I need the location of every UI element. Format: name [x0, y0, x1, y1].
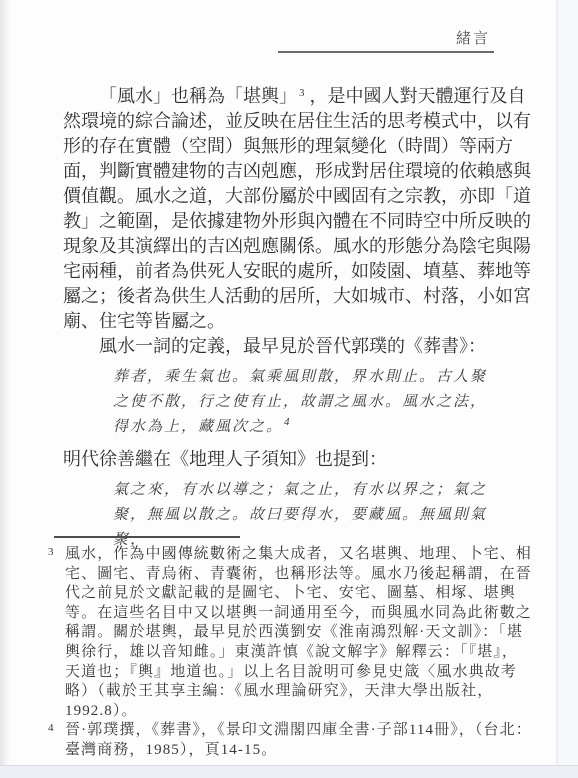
footnote-text: 風水，作為中國傳統數術之集大成者，又名堪輿、地理、卜宅、相宅、圖宅、青烏術、青囊… [65, 545, 533, 721]
footnote-marker: 3 [48, 545, 65, 558]
header-rule [278, 51, 494, 53]
document-viewer: 緒言 「風水」也稱為「堪輿」3，是中國人對天體運行及自然環境的綜合論述，並反映在… [0, 0, 578, 778]
block-quote-zangshu: 葬者，乘生氣也。氣乘風則散，界水則止。古人聚之使不散，行之使有止，故謂之風水。風… [113, 365, 491, 440]
book-page: 緒言 「風水」也稱為「堪輿」3，是中國人對天體運行及自然環境的綜合論述，並反映在… [0, 0, 556, 765]
footnote-ref-4: 4 [284, 416, 290, 428]
paragraph-text: 「風水」也稱為「堪輿」 [99, 86, 297, 106]
paragraph-intro: 「風水」也稱為「堪輿」3，是中國人對天體運行及自然環境的綜合論述，並反映在居住生… [63, 84, 533, 334]
running-header-title: 緒言 [456, 27, 494, 51]
footnote-text: 晉·郭璞撰，《葬書》，《景印文淵閣四庫全書·子部114冊》，（台北：臺灣商務，1… [65, 721, 533, 760]
footnote-ref-3: 3 [299, 87, 305, 99]
footnote-3: 3 風水，作為中國傳統數術之集大成者，又名堪輿、地理、卜宅、相宅、圖宅、青烏術、… [48, 545, 540, 721]
viewer-bottom-band [0, 765, 578, 778]
footnotes-section: 3 風水，作為中國傳統數術之集大成者，又名堪輿、地理、卜宅、相宅、圖宅、青烏術、… [48, 536, 540, 761]
footnote-marker: 4 [48, 721, 65, 734]
footnote-4: 4 晉·郭璞撰，《葬書》，《景印文淵閣四庫全書·子部114冊》，（台北：臺灣商務… [48, 721, 540, 760]
footnote-separator [54, 536, 240, 538]
quote-text: 葬者，乘生氣也。氣乘風則散，界水則止。古人聚之使不散，行之使有止，故謂之風水。風… [113, 369, 487, 435]
page-header: 緒言 [278, 27, 494, 53]
paragraph-xushanji-lead: 明代徐善繼在《地理人子須知》也提到： [63, 447, 533, 472]
page-spine-shadow [0, 0, 10, 765]
body-text-column: 「風水」也稱為「堪輿」3，是中國人對天體運行及自然環境的綜合論述，並反映在居住生… [63, 84, 535, 560]
paragraph-text: ，是中國人對天體運行及自然環境的綜合論述，並反映在居住生活的思考模式中，以有形的… [63, 86, 531, 331]
paragraph-definition-lead: 風水一詞的定義，最早見於晉代郭璞的《葬書》： [63, 334, 533, 359]
